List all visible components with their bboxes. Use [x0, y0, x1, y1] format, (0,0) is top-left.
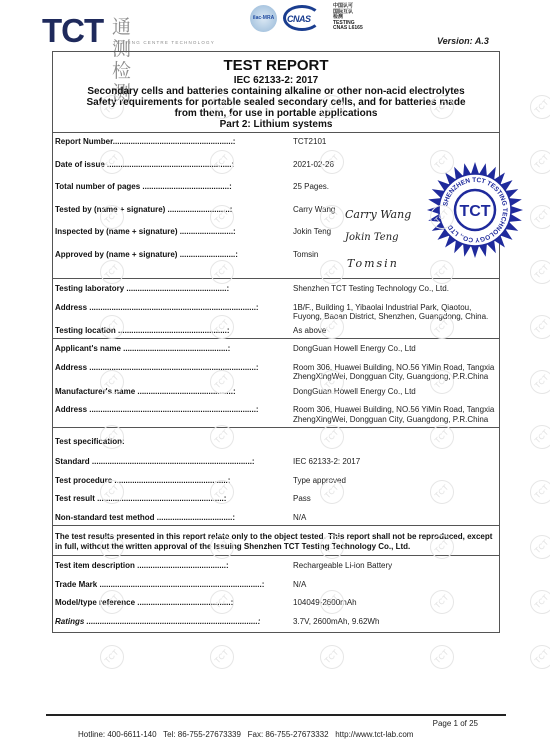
field-value: Shenzhen TCT Testing Technology Co., Ltd… [280, 284, 499, 294]
field-label: Test result ............................… [53, 494, 280, 504]
field-value: Room 306, Huawei Building, NO.56 YiMin R… [280, 405, 499, 424]
lab-row-name: Testing laboratory .....................… [53, 284, 499, 294]
field-label: Tested by (name + signature) ...........… [53, 205, 280, 215]
watermark-icon: TCT [525, 255, 550, 289]
footer-divider [46, 714, 506, 716]
page-number: Page 1 of 25 [433, 719, 478, 728]
field-label: Address ................................… [53, 363, 280, 382]
manufacturer-row-address: Address ................................… [53, 405, 499, 424]
field-value: 3.7V, 2600mAh, 9.62Wh [280, 617, 499, 627]
ilac-mra-logo-icon: ilac-MRA [250, 5, 277, 32]
disclaimer-text: The test results presented in this repor… [53, 531, 499, 551]
field-label: Report Number...........................… [53, 137, 280, 147]
report-title: TEST REPORT [53, 58, 499, 74]
field-label: Applicant's name .......................… [53, 344, 280, 354]
item-row-ratings: Ratings ................................… [53, 617, 499, 627]
applicant-section: Applicant's name .......................… [53, 339, 499, 428]
field-label: Testing laboratory .....................… [53, 284, 280, 294]
info-row-report-number: Report Number...........................… [53, 137, 499, 147]
watermark-icon: TCT [525, 310, 550, 344]
item-row-model: Model/type reference ...................… [53, 598, 499, 608]
logo-subtitle: TESTING CENTRE TECHNOLOGY [113, 40, 215, 45]
field-value: As above [280, 326, 499, 336]
cnas-chinese: 中国认可 国际互认 检测 [333, 4, 355, 21]
field-value: TCT2101 [280, 137, 499, 147]
logo-text: TCT [42, 13, 103, 49]
field-label: Ratings ................................… [53, 617, 280, 627]
cnas-logo-icon: CNAS [283, 5, 321, 31]
lab-row-location: Testing location .......................… [53, 326, 499, 336]
field-label: Non-standard test method ...............… [53, 513, 280, 523]
watermark-icon: TCT [525, 420, 550, 454]
watermark-icon: TCT [525, 90, 550, 124]
item-row-description: Test item description ..................… [53, 561, 499, 571]
laboratory-section: Testing laboratory .....................… [53, 279, 499, 339]
watermark-icon: TCT [315, 640, 349, 674]
field-label: Trade Mark .............................… [53, 580, 280, 590]
title-line-2: Safety requirements for portable sealed … [53, 97, 499, 108]
signature-approved: Tomsin [347, 257, 399, 270]
manufacturer-row-name: Manufacturer's name ....................… [53, 387, 499, 397]
spec-row-standard: Standard ...............................… [53, 457, 499, 467]
specification-section: Test specification: Standard ...........… [53, 428, 499, 526]
field-value: Type approved [280, 476, 499, 486]
field-label: Inspected by (name + signature) ........… [53, 227, 280, 237]
field-value: N/A [280, 513, 499, 523]
signature-tested: Carry Wang [345, 208, 411, 221]
field-value: Pass [280, 494, 499, 504]
ilac-label: ilac-MRA [250, 15, 277, 21]
field-label: Approved by (name + signature) .........… [53, 250, 280, 260]
applicant-row-address: Address ................................… [53, 363, 499, 382]
item-row-trade-mark: Trade Mark .............................… [53, 580, 499, 590]
title-block: TEST REPORT IEC 62133-2: 2017 Secondary … [53, 52, 499, 133]
spec-row-result: Test result ............................… [53, 494, 499, 504]
version-label: Version: A.3 [437, 36, 489, 46]
footer-contacts: Hotline: 400-6611-140 Tel: 86-755-276733… [78, 730, 413, 739]
watermark-icon: TCT [525, 475, 550, 509]
field-value: Room 306, Huawei Building, NO.56 YiMin R… [280, 363, 499, 382]
cnas-label: CNAS [287, 14, 311, 24]
signature-inspected: Jokin Teng [345, 232, 399, 243]
cnas-number: CNAS L6165 [333, 26, 363, 32]
watermark-icon: TCT [205, 640, 239, 674]
title-line-1: Secondary cells and batteries containing… [53, 86, 499, 97]
watermark-icon: TCT [525, 585, 550, 619]
watermark-icon: TCT [425, 640, 459, 674]
field-label: Model/type reference ...................… [53, 598, 280, 608]
watermark-icon: TCT [525, 145, 550, 179]
watermark-icon: TCT [525, 530, 550, 564]
field-value: N/A [280, 580, 499, 590]
field-label: Date of issue ..........................… [53, 160, 280, 170]
watermark-icon: TCT [525, 200, 550, 234]
field-value: DongGuan Howell Energy Co., Ltd [280, 387, 499, 397]
field-label: Testing location .......................… [53, 326, 280, 336]
watermark-icon: TCT [525, 365, 550, 399]
disclaimer-section: The test results presented in this repor… [53, 526, 499, 556]
field-label: Standard ...............................… [53, 457, 280, 467]
field-label: Test item description ..................… [53, 561, 280, 571]
field-value: DongGuan Howell Energy Co., Ltd [280, 344, 499, 354]
specification-heading: Test specification: [53, 437, 499, 446]
cnas-accreditation: 中国认可 国际互认 检测 TESTING CNAS L6165 [333, 4, 363, 32]
field-label: Address ................................… [53, 405, 280, 424]
field-value: IEC 62133-2: 2017 [280, 457, 499, 467]
spec-row-procedure: Test procedure .........................… [53, 476, 499, 486]
test-item-section: Test item description ..................… [53, 556, 499, 632]
svg-text:TCT: TCT [459, 203, 490, 220]
applicant-row-name: Applicant's name .......................… [53, 344, 499, 354]
report-standard: IEC 62133-2: 2017 [53, 75, 499, 86]
report-frame: TEST REPORT IEC 62133-2: 2017 Secondary … [52, 51, 500, 633]
title-line-3: from them, for use in portable applicati… [53, 108, 499, 119]
lab-row-address: Address ................................… [53, 303, 499, 322]
watermark-icon: TCT [525, 640, 550, 674]
field-label: Test procedure .........................… [53, 476, 280, 486]
field-value: 1B/F., Building 1, Yibaolai Industrial P… [280, 303, 499, 322]
title-line-4: Part 2: Lithium systems [53, 119, 499, 130]
spec-row-non-standard: Non-standard test method ...............… [53, 513, 499, 523]
field-label: Manufacturer's name ....................… [53, 387, 280, 397]
field-label: Total number of pages ..................… [53, 182, 280, 192]
company-stamp-icon: SHENZHEN TCT TESTING TECHNOLOGY CO., LTD… [425, 160, 525, 260]
watermark-icon: TCT [95, 640, 129, 674]
field-label: Address ................................… [53, 303, 280, 322]
field-value: Rechargeable Li-ion Battery [280, 561, 499, 571]
field-value: 104049-2600mAh [280, 598, 499, 608]
